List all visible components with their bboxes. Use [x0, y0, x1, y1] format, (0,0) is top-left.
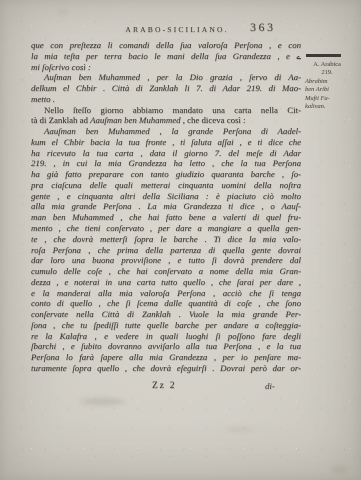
signature-mark: Zz 2	[152, 381, 176, 391]
text-line: delkum el Chbir . Città di Zanklah li 7.…	[31, 83, 301, 94]
text-line: cumulo delle coſe , che hai conſervato a…	[31, 266, 301, 277]
margin-note-line: ben Aribi	[305, 86, 361, 95]
text-line: Aauſman ben Muhammed , la grande Perſona…	[31, 126, 301, 137]
text-line: ſbarchi , e ſubito dovranno avviſarlo al…	[31, 341, 301, 352]
text-line: ha ricevuto la tua carta , data il giorn…	[31, 148, 301, 159]
text-line: Perſona lo farà ſapere alla mia Grandezz…	[31, 352, 301, 363]
stain-mark	[330, 466, 348, 473]
text-line: turamente ſopra quello , che dovrà eſegu…	[31, 363, 301, 374]
page-number: 363	[250, 20, 276, 35]
text-line: te , che dovrà metterſi ſopra le barche …	[31, 234, 301, 245]
stain-mark	[80, 398, 125, 405]
margin-note-line: Abrahim	[305, 78, 361, 87]
stain-mark	[58, 9, 68, 14]
text-line: 219. , in cui la mia Grandezza ha letto …	[31, 158, 301, 169]
text-line: ſona , che tu ſpediſſi tutte quelle barc…	[31, 320, 301, 331]
text-line: tà di Zanklah ad Aauſman ben Muhammed , …	[31, 115, 301, 126]
book-page: ARABO-SICILIANO. 363 A. Arabica219.Abrah…	[0, 0, 361, 480]
text-line: e la manderai alla mia valoroſa Perſona …	[31, 288, 301, 299]
text-line: mi ſoſcrivo così :	[31, 62, 301, 73]
text-line: gente , e cinquanta altri della Sicilian…	[31, 191, 301, 202]
stain-mark	[225, 427, 255, 432]
text-line: dezza , e noterai in una carta tutto que…	[31, 277, 301, 288]
text-line: roſa Perſona , che prima della partenza …	[31, 245, 301, 256]
text-line: re la Kalafra , e vedere in quali luoghi…	[31, 331, 301, 342]
margin-note-line: 219.	[305, 69, 349, 78]
text-line: conto di quello , che ſi ſcema dalle qua…	[31, 298, 301, 309]
margin-note: A. Arabica219.Abrahimben AribiMufti Fa-k…	[305, 54, 361, 112]
text-line: Auſman ben Muhammed , per la Dio grazia …	[31, 72, 301, 83]
margin-note-line: A. Arabica	[305, 61, 349, 70]
margin-rule	[306, 54, 341, 57]
text-line: dar loro una buona provviſione , e tutto…	[31, 255, 301, 266]
margin-note-line: Mufti Fa-	[305, 95, 361, 104]
margin-note-line: kalivan.	[305, 103, 361, 112]
text-line: alla mia grande Perſona . La mia Grandez…	[31, 201, 301, 212]
text-line: conſervate nella Città di Zanklah . Vuol…	[31, 309, 301, 320]
text-line: kum el Chbir bacia la tua fronte , ti ſa…	[31, 137, 301, 148]
text-line: man ben Muhammed , che hai fatto bene a …	[31, 212, 301, 223]
text-line: que con preſtezza li comandi della ſua v…	[31, 40, 301, 51]
text-line: la mia teſta per terra bacio le mani del…	[31, 51, 301, 62]
text-line: pra ciaſcuna delle quali metterai cinqua…	[31, 180, 301, 191]
text-line: Nello ſteſſo giorno abbiamo mandato una …	[31, 105, 301, 116]
catchword: di-	[265, 381, 275, 391]
text-line: metto .	[31, 94, 301, 105]
margin-reference: A. Arabica219.Abrahimben AribiMufti Fa-k…	[305, 61, 361, 113]
page-header-title: ARABO-SICILIANO.	[125, 25, 228, 34]
text-line: mento , che tieni conſervato , per dare …	[31, 223, 301, 234]
text-line: ha già fatto preparare con tanto giudizi…	[31, 169, 301, 180]
body-text: que con preſtezza li comandi della ſua v…	[31, 40, 301, 374]
